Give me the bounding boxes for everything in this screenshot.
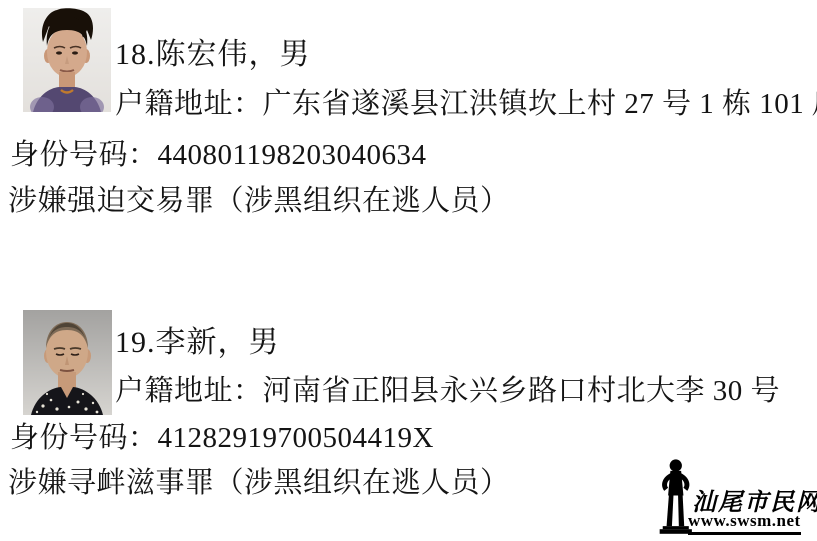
address-label: 户籍地址： <box>115 88 263 120</box>
id-value: 41282919700504419X <box>158 422 434 454</box>
address-label: 户籍地址： <box>115 375 263 407</box>
address-value: 河南省正阳县永兴乡路口村北大李 30 号 <box>263 375 781 407</box>
id-value: 440801198203040634 <box>158 139 427 171</box>
entry-18-crime-line: 涉嫌强迫交易罪（涉黑组织在逃人员） <box>8 184 510 218</box>
entry-18-id-line: 身份号码：440801198203040634 <box>10 138 426 172</box>
site-watermark: 汕尾市民网 www.swsm.net <box>650 458 816 538</box>
id-label: 身份号码： <box>10 422 158 454</box>
address-value: 广东省遂溪县江洪镇坎上村 27 号 1 栋 101 房 <box>263 88 817 120</box>
mugshot-bald-man-illustration <box>23 310 112 415</box>
wanted-notice-page: 18.陈宏伟，男 户籍地址：广东省遂溪县江洪镇坎上村 27 号 1 栋 101 … <box>0 0 817 541</box>
watermark-site-url: www.swsm.net <box>688 511 801 535</box>
entry-18-title: 18.陈宏伟，男 <box>115 38 311 72</box>
id-label: 身份号码： <box>10 139 158 171</box>
entry-19-title: 19.李新，男 <box>115 326 280 360</box>
mugshot-photo-entry-18 <box>23 8 111 117</box>
mugshot-young-man-illustration <box>23 8 111 112</box>
entry-19-crime-line: 涉嫌寻衅滋事罪（涉黑组织在逃人员） <box>8 466 510 500</box>
entry-18-address-line: 户籍地址：广东省遂溪县江洪镇坎上村 27 号 1 栋 101 房 <box>115 87 817 121</box>
mugshot-photo-entry-19 <box>23 310 112 420</box>
entry-19-id-line: 身份号码：41282919700504419X <box>10 421 434 455</box>
entry-19-address-line: 户籍地址：河南省正阳县永兴乡路口村北大李 30 号 <box>115 374 780 408</box>
